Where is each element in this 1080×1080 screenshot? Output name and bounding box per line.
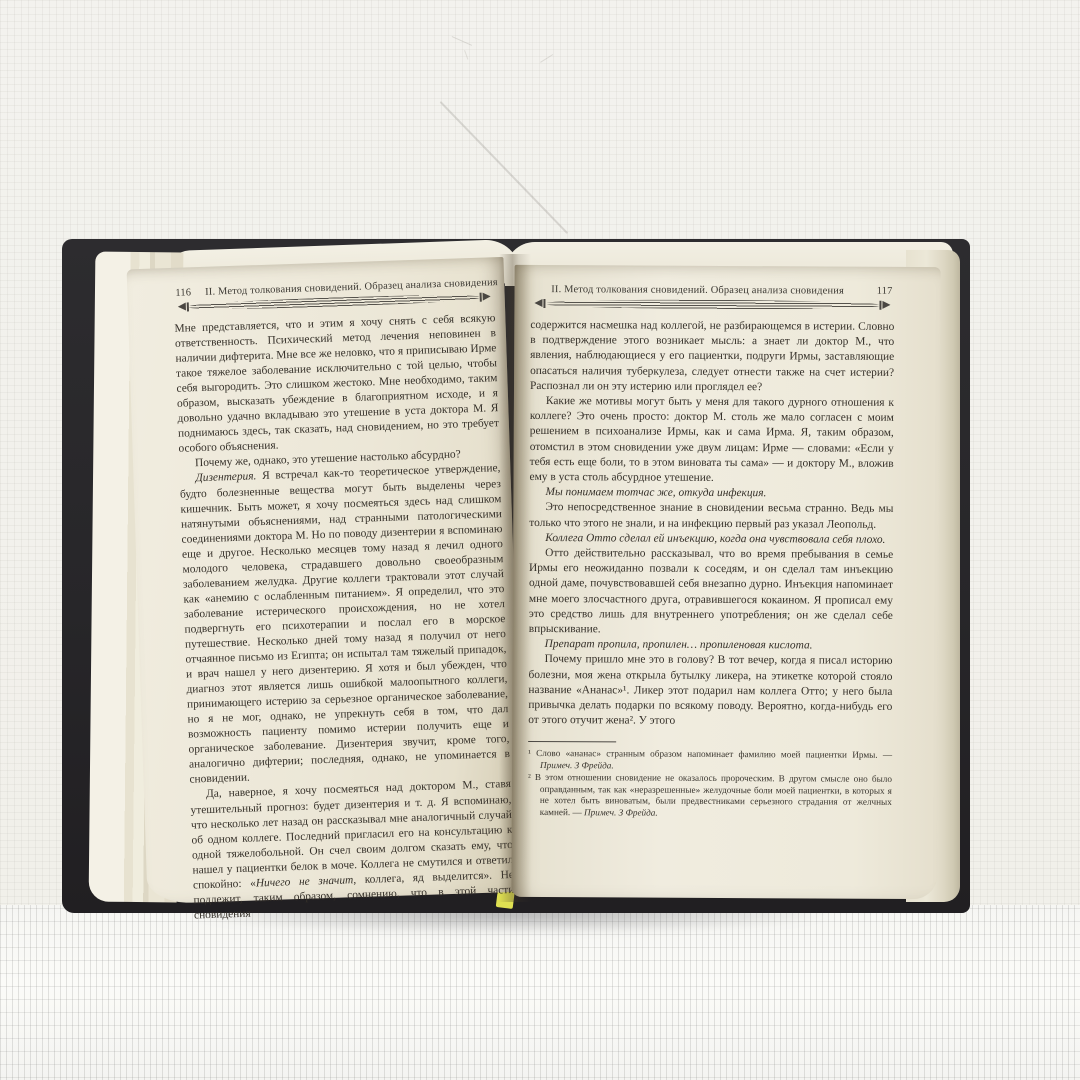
paragraph: Это непосредственное знание в сновидении…	[529, 500, 893, 532]
right-page: II. Метод толкования сновидений. Образец…	[511, 265, 940, 899]
photo-scene: 116 II. Метод толкования сновидений. Обр…	[0, 0, 1080, 1080]
paragraph: Дизентерия. Я встречал как-то теоретичес…	[179, 462, 510, 788]
rule-bar	[879, 300, 881, 309]
paragraph: Почему пришло мне это в голову? В тот ве…	[528, 652, 892, 730]
right-running-head: II. Метод толкования сновидений. Образец…	[531, 284, 895, 297]
left-page-number: 116	[175, 287, 191, 299]
footnote: ¹ Слово «ананас» странным образом напоми…	[528, 748, 892, 773]
left-page-text: Мне представляется, что и этим я хочу сн…	[174, 311, 515, 923]
footnote: ² В этом отношении сновидение не оказало…	[528, 772, 892, 820]
right-header-rule	[530, 298, 894, 310]
paragraph: Да, наверное, я хочу посмеяться над докт…	[190, 777, 515, 923]
rule-bar	[480, 292, 482, 301]
rule-lines	[545, 299, 879, 310]
left-page: 116 II. Метод толкования сновидений. Обр…	[127, 257, 525, 904]
paragraph: Отто действительно рассказывал, что во в…	[529, 546, 893, 639]
paragraph: Какие же мотивы могут быть у меня для та…	[530, 394, 894, 487]
open-book: 116 II. Метод толкования сновидений. Обр…	[0, 0, 1080, 1080]
rule-arrow-left-icon	[174, 302, 186, 310]
paragraph: содержится насмешка над коллегой, не раз…	[530, 318, 894, 396]
right-header-title: II. Метод толкования сновидений. Образец…	[533, 284, 863, 297]
rule-arrow-right-icon	[882, 301, 894, 309]
rule-arrow-right-icon	[483, 292, 495, 300]
right-page-number: 117	[877, 286, 893, 297]
footnote-separator	[528, 741, 616, 742]
right-page-text: содержится насмешка над коллегой, не раз…	[528, 318, 894, 730]
paragraph: Мне представляется, что и этим я хочу сн…	[174, 311, 499, 457]
footnotes: ¹ Слово «ананас» странным образом напоми…	[528, 748, 892, 820]
rule-arrow-left-icon	[530, 299, 542, 307]
